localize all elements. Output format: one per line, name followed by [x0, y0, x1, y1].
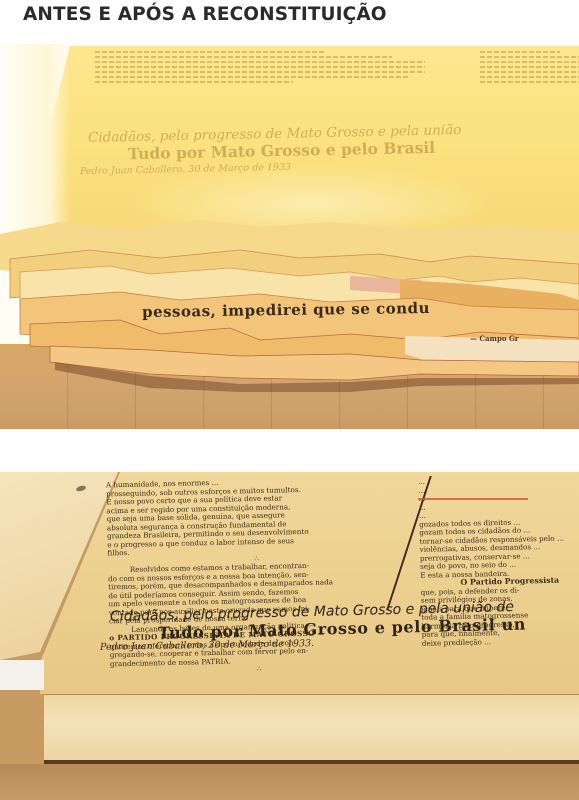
photo-before-reconstitution: Cidadãos, pelo progresso de Mato Grosso …: [0, 44, 579, 429]
punch-hole: [76, 485, 87, 492]
small-fragment-text: — Campo Gr: [470, 334, 519, 343]
white-background-corner: [0, 660, 44, 690]
lower-paper-sheet: [44, 694, 579, 761]
page-title: ANTES E APÓS A RECONSTITUIÇÃO: [23, 4, 387, 25]
torn-paper-fragments: [0, 44, 579, 429]
table-surface: [0, 764, 579, 800]
photo-after-reconstitution: A humanidade, nos enormes ... prosseguin…: [0, 472, 579, 800]
